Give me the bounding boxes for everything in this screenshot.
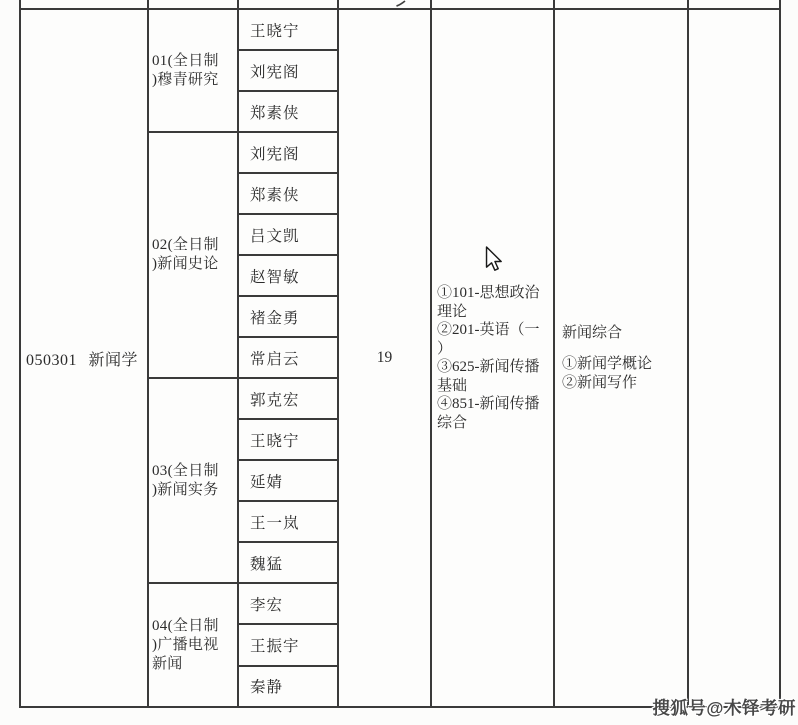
- direction-cell: 01(全日制 )穆青研究: [149, 10, 239, 131]
- advisor-cell: 王晓宁: [239, 418, 337, 459]
- watermark: 搜狐号@木铎考研: [652, 695, 796, 720]
- partial-cell: [689, 0, 779, 8]
- direction-cell: 03(全日制 )新闻实务: [149, 379, 239, 582]
- direction-cell: 04(全日制 )广播电视 新闻: [149, 584, 239, 706]
- table-top-partial-row: [21, 0, 779, 10]
- advisor-cell: 赵智敏: [239, 254, 337, 295]
- advisor-cell: 李宏: [239, 584, 337, 623]
- advisor-list: 刘宪阁 郑素侠 吕文凯 赵智敏 褚金勇 常启云: [239, 133, 337, 377]
- advisor-cell: 吕文凯: [239, 213, 337, 254]
- advisor-cell: 刘宪阁: [239, 133, 337, 172]
- exam-subject: ③625-新闻传播 基础: [437, 358, 551, 395]
- exam-subjects-cell: ①101-思想政治 理论 ②201-英语（一 ） ③625-新闻传播 基础 ④8…: [432, 10, 555, 706]
- enrollment-count: 19: [377, 349, 393, 367]
- exam-subject: ④851-新闻传播 综合: [437, 395, 551, 432]
- admissions-table: 050301 新闻学 01(全日制 )穆青研究 王晓宁 刘宪阁 郑素侠 02(全…: [19, 0, 781, 708]
- exam-subject: ②201-英语（一 ）: [437, 321, 551, 358]
- program-code-label: 050301 新闻学: [26, 347, 138, 370]
- document-page: 050301 新闻学 01(全日制 )穆青研究 王晓宁 刘宪阁 郑素侠 02(全…: [0, 0, 798, 725]
- advisor-cell: 常启云: [239, 336, 337, 377]
- direction-section-02: 02(全日制 )新闻史论 刘宪阁 郑素侠 吕文凯 赵智敏 褚金勇 常启云: [149, 133, 337, 379]
- advisor-cell: 王晓宁: [239, 10, 337, 49]
- remarks-cell-empty: [689, 10, 779, 706]
- additional-exam-item: ①新闻学概论: [562, 355, 684, 374]
- direction-cell: 02(全日制 )新闻史论: [149, 133, 239, 377]
- advisor-cell: 褚金勇: [239, 295, 337, 336]
- advisor-cell: 魏猛: [239, 541, 337, 582]
- advisor-list: 王晓宁 刘宪阁 郑素侠: [239, 10, 337, 131]
- mouse-cursor-icon: [485, 246, 502, 271]
- direction-label: 02(全日制 )新闻史论: [152, 236, 219, 274]
- partial-cell: [432, 0, 555, 8]
- partial-cell: [339, 0, 432, 8]
- additional-exam-title: 新闻综合: [562, 324, 684, 343]
- direction-section-03: 03(全日制 )新闻实务 郭克宏 王晓宁 延婧 王一岚 魏猛: [149, 379, 337, 584]
- partial-cell: [555, 0, 689, 8]
- advisor-cell: 郭克宏: [239, 379, 337, 418]
- advisor-cell: 秦静: [239, 665, 337, 706]
- directions-advisors-columns: 01(全日制 )穆青研究 王晓宁 刘宪阁 郑素侠 02(全日制 )新闻史论 刘宪…: [149, 10, 339, 706]
- program-code-cell: 050301 新闻学: [21, 10, 149, 706]
- enrollment-count-cell: 19: [339, 10, 432, 706]
- advisor-cell: 延婧: [239, 459, 337, 500]
- advisor-cell: 王振宇: [239, 623, 337, 664]
- advisor-cell: 王一岚: [239, 500, 337, 541]
- direction-section-04: 04(全日制 )广播电视 新闻 李宏 王振宇 秦静: [149, 584, 337, 706]
- direction-label: 04(全日制 )广播电视 新闻: [152, 617, 219, 674]
- advisor-cell: 郑素侠: [239, 90, 337, 131]
- advisor-cell: 郑素侠: [239, 172, 337, 213]
- direction-label: 03(全日制 )新闻实务: [152, 462, 219, 500]
- advisor-cell: 刘宪阁: [239, 49, 337, 90]
- partial-cell: [239, 0, 339, 8]
- advisor-list: 郭克宏 王晓宁 延婧 王一岚 魏猛: [239, 379, 337, 582]
- additional-exam-items: ①新闻学概论 ②新闻写作: [562, 355, 684, 393]
- exam-subject: ①101-思想政治 理论: [437, 284, 551, 321]
- direction-label: 01(全日制 )穆青研究: [152, 52, 219, 90]
- partial-cell: [21, 0, 149, 8]
- direction-section-01: 01(全日制 )穆青研究 王晓宁 刘宪阁 郑素侠: [149, 10, 337, 133]
- program-row: 050301 新闻学 01(全日制 )穆青研究 王晓宁 刘宪阁 郑素侠 02(全…: [21, 10, 779, 706]
- advisor-list: 李宏 王振宇 秦静: [239, 584, 337, 706]
- additional-exam-item: ②新闻写作: [562, 374, 684, 393]
- cropped-character-fragment: [395, 0, 407, 8]
- additional-exam-cell: 新闻综合 ①新闻学概论 ②新闻写作: [555, 10, 689, 706]
- partial-cell: [149, 0, 239, 8]
